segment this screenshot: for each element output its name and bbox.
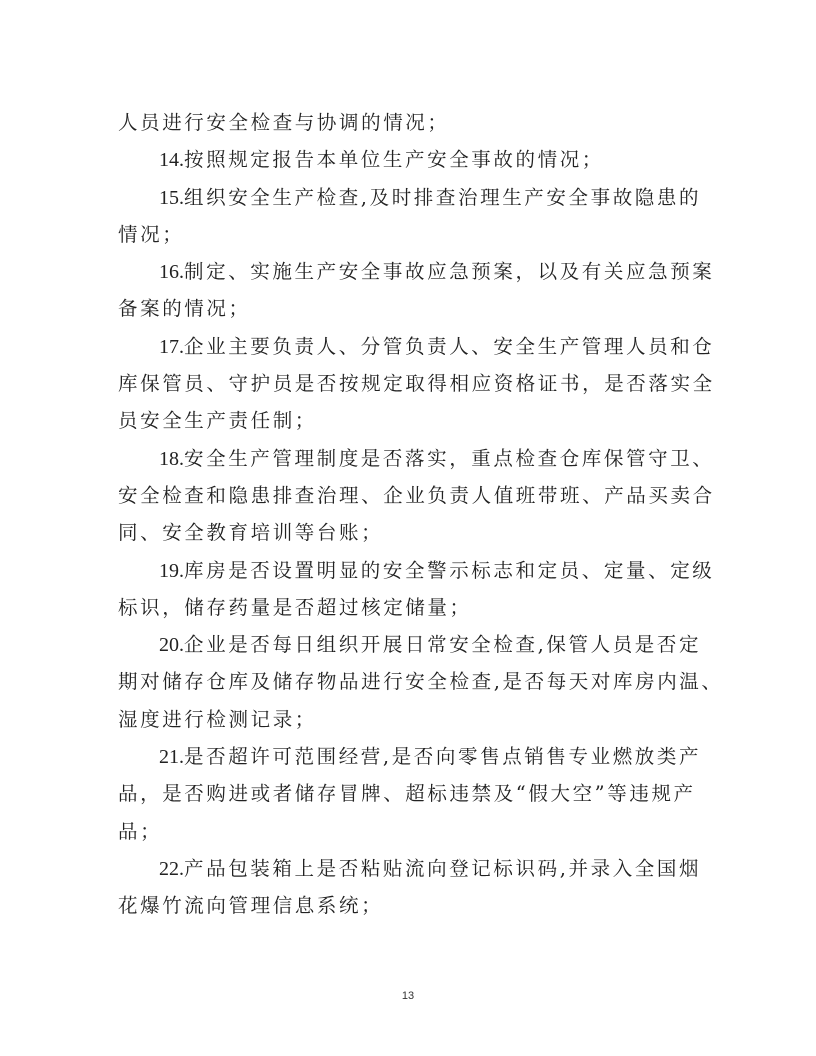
list-item-19: 19.库房是否设置明显的安全警示标志和定员、定量、定级	[118, 552, 698, 589]
item-number: 17.	[159, 336, 184, 358]
list-item-20: 20.企业是否每日组织开展日常安全检查,保管人员是否定	[118, 626, 698, 663]
text-line: 同、安全教育培训等台账；	[118, 514, 698, 551]
line-text: 期对储存仓库及储存物品进行安全检查,是否每天对库房内温、	[118, 670, 724, 693]
text-line: 库保管员、守护员是否按规定取得相应资格证书，是否落实全	[118, 365, 698, 402]
list-item-17: 17.企业主要负责人、分管负责人、安全生产管理人员和仓	[118, 328, 698, 365]
line-text: 库房是否设置明显的安全警示标志和定员、定量、定级	[184, 559, 714, 582]
line-text: 湿度进行检测记录；	[118, 708, 317, 731]
list-item-22: 22.产品包装箱上是否粘贴流向登记标识码,并录入全国烟	[118, 850, 698, 887]
line-text: 人员进行安全检查与协调的情况；	[118, 111, 450, 134]
line-text: 同、安全教育培训等台账；	[118, 521, 383, 544]
line-text: 企业是否每日组织开展日常安全检查,保管人员是否定	[184, 633, 701, 656]
item-number: 14.	[159, 149, 184, 171]
line-text: 制定、实施生产安全事故应急预案，以及有关应急预案	[184, 260, 714, 283]
text-line: 情况；	[118, 216, 698, 253]
line-text: 是否超许可范围经营,是否向零售点销售专业燃放类产	[184, 745, 701, 768]
line-text: 备案的情况；	[118, 297, 251, 320]
line-text: 品，是否购进或者储存冒牌、超标违禁及“假大空”等违规产	[118, 782, 696, 805]
line-text: 按照规定报告本单位生产安全事故的情况；	[184, 148, 604, 171]
line-text: 情况；	[118, 223, 184, 246]
line-text: 产品包装箱上是否粘贴流向登记标识码,并录入全国烟	[184, 857, 701, 880]
item-number: 18.	[159, 448, 184, 470]
text-line: 品，是否购进或者储存冒牌、超标违禁及“假大空”等违规产	[118, 775, 698, 812]
text-line: 人员进行安全检查与协调的情况；	[118, 104, 698, 141]
item-number: 19.	[159, 560, 184, 582]
item-number: 16.	[159, 261, 184, 283]
text-line: 标识，储存药量是否超过核定储量；	[118, 589, 698, 626]
list-item-18: 18.安全生产管理制度是否落实，重点检查仓库保管守卫、	[118, 440, 698, 477]
text-line: 湿度进行检测记录；	[118, 701, 698, 738]
text-line: 期对储存仓库及储存物品进行安全检查,是否每天对库房内温、	[118, 663, 698, 700]
document-body: 人员进行安全检查与协调的情况； 14.按照规定报告本单位生产安全事故的情况； 1…	[118, 104, 698, 925]
list-item-15: 15.组织安全生产检查,及时排查治理生产安全事故隐患的	[118, 179, 698, 216]
text-line: 花爆竹流向管理信息系统；	[118, 887, 698, 924]
text-line: 品；	[118, 813, 698, 850]
text-line: 安全检查和隐患排查治理、企业负责人值班带班、产品买卖合	[118, 477, 698, 514]
line-text: 安全检查和隐患排查治理、企业负责人值班带班、产品买卖合	[118, 484, 715, 507]
line-text: 品；	[118, 820, 162, 843]
list-item-16: 16.制定、实施生产安全事故应急预案，以及有关应急预案	[118, 253, 698, 290]
item-number: 22.	[159, 858, 184, 880]
line-text: 安全生产管理制度是否落实，重点检查仓库保管守卫、	[184, 447, 714, 470]
line-text: 组织安全生产检查,及时排查治理生产安全事故隐患的	[184, 186, 701, 209]
line-text: 花爆竹流向管理信息系统；	[118, 894, 383, 917]
list-item-21: 21.是否超许可范围经营,是否向零售点销售专业燃放类产	[118, 738, 698, 775]
item-number: 20.	[159, 634, 184, 656]
line-text: 标识，储存药量是否超过核定储量；	[118, 596, 472, 619]
item-number: 15.	[159, 187, 184, 209]
page-number: 13	[0, 990, 816, 1002]
line-text: 库保管员、守护员是否按规定取得相应资格证书，是否落实全	[118, 372, 715, 395]
line-text: 员安全生产责任制；	[118, 409, 317, 432]
item-number: 21.	[159, 746, 184, 768]
text-line: 员安全生产责任制；	[118, 402, 698, 439]
line-text: 企业主要负责人、分管负责人、安全生产管理人员和仓	[184, 335, 714, 358]
text-line: 备案的情况；	[118, 290, 698, 327]
list-item-14: 14.按照规定报告本单位生产安全事故的情况；	[118, 141, 698, 178]
